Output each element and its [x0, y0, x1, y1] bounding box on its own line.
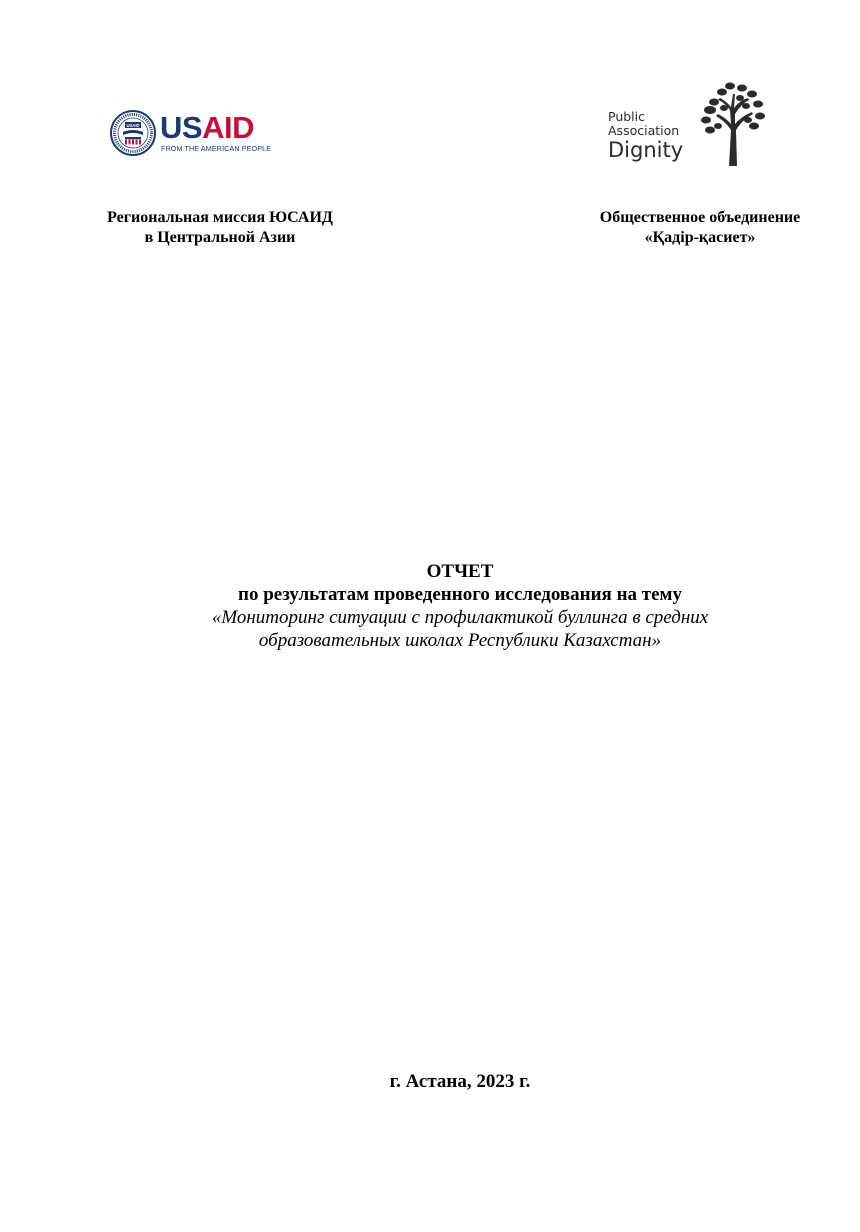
report-title-block: ОТЧЕТ по результатам проведенного исслед… [100, 560, 820, 652]
svg-text:USAID: USAID [126, 123, 139, 128]
dignity-wordmark: Public Association Dignity [608, 110, 683, 162]
org-right: Общественное объединение «Қадір-қасиет» [570, 208, 830, 248]
usaid-wordmark-us: US [160, 110, 202, 145]
dignity-line-1: Public [608, 110, 683, 124]
dignity-line-3: Dignity [608, 138, 683, 162]
org-right-line-2: «Қадір-қасиет» [570, 228, 830, 248]
report-title: ОТЧЕТ [100, 560, 820, 583]
org-right-line-1: Общественное объединение [570, 208, 830, 228]
dignity-line-2: Association [608, 124, 683, 138]
org-left: Региональная миссия ЮСАИД в Центральной … [80, 208, 360, 248]
usaid-wordmark: USAID [160, 112, 254, 144]
org-left-line-2: в Центральной Азии [80, 228, 360, 248]
usaid-seal-icon: USAID [110, 110, 156, 156]
dignity-logo: Public Association Dignity [600, 80, 770, 170]
place-date: г. Астана, 2023 г. [300, 1070, 620, 1093]
org-left-line-1: Региональная миссия ЮСАИД [80, 208, 360, 228]
tree-icon [696, 80, 768, 166]
report-subtitle: по результатам проведенного исследования… [100, 583, 820, 606]
usaid-wordmark-aid: AID [202, 110, 254, 145]
usaid-logo: USAID USAID FROM THE AMERICAN PEOPLE [110, 110, 270, 158]
usaid-tagline: FROM THE AMERICAN PEOPLE [161, 144, 271, 153]
report-topic-line-1: «Мониторинг ситуации с профилактикой бул… [100, 606, 820, 629]
report-topic-line-2: образовательных школах Республики Казахс… [100, 629, 820, 652]
